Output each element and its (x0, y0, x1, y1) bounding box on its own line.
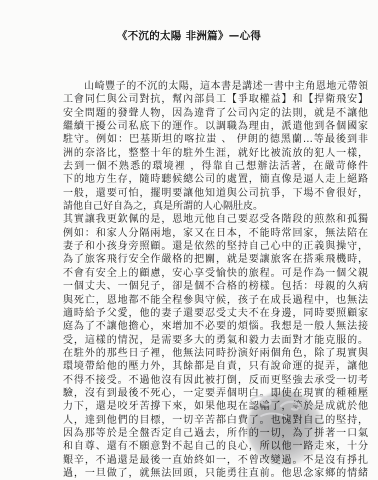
text-line: 妻子和小孩身旁照顧。還是依然的堅持自己心中的正義與操守， (63, 240, 368, 253)
text-line: 驗，沒有到最後不死心，一定要弄個明白。即使在現實的種種壓 (63, 387, 368, 400)
text-line: 和自尊、還有不願意對不起自己的良心，所以他一路走來，十分 (63, 440, 368, 453)
text-line: 庭為了不讓他擔心，來增加不必要的煩惱。我想是一般人無法接 (63, 320, 368, 333)
text-line: 過，一旦做了，就無法回頭，只能勇往直前。他思念家鄉的情緒 (63, 467, 368, 480)
text-line: 工會同仁與公司對抗，幫內部員工【爭取權益】和【捍衛飛安】 (63, 93, 368, 106)
text-line: 去到一個不熟悉的環境裡 ，得靠自己想辦法活著，在嚴苛條件 (63, 160, 368, 173)
document-body: 山崎豐子的不沉的太陽，這本書是講述一書中主角恩地元帶領工會同仁與公司對抗，幫內部… (63, 80, 368, 480)
text-line: 適時給予父愛，他的妻子還要忍受丈夫不在身邊，同時要照顧家 (63, 307, 368, 320)
text-line: 安全問題的發聲人物，因為違背了公司內定的法則，就是不讓他 (63, 107, 368, 120)
text-line: 洲的奈洛比，整整十年的駐外生涯，就好比被流放的犯人一樣， (63, 147, 368, 160)
text-line: 力下，還是咬牙苦撐下來，如果他現在認輸了，等於是成就於他 (63, 400, 368, 413)
text-line: 因為那等於是全盤否定自己過去，所作的一切，為了拼著一口氣 (63, 427, 368, 440)
text-line: 人，達到他們的目標，一切辛苦都白費了。也愧對自己的堅持， (63, 414, 368, 427)
text-line: 一個丈夫、一個兒子，卻是個不合格的榜樣。包括：母親的久病 (63, 280, 368, 293)
document-page: 《不沉的太陽 非洲篇》—心得 山崎豐子的不沉的太陽，這本書是講述一書中主角恩地元… (0, 0, 378, 480)
text-line: 艱辛，不過還是最後一直始終如一，不曾改變過。不是沒有掙扎 (63, 454, 368, 467)
text-line: 一般，還要可怕，擺明要讓他知道與公司抗爭，下場不會很好， (63, 187, 368, 200)
text-line: 不會有安全上的顧慮，安心享受愉快的旅程。可是作為一個父親 (63, 267, 368, 280)
text-line: 環境帶給他的壓力外，其餘都是自責，只有說命運的捉弄，讓他 (63, 360, 368, 373)
text-line: 繼續干擾公司私底下的運作。以調職為理由，派遣他到各個國家 (63, 120, 368, 133)
text-line: 為了旅客飛行安全作嚴格的把關，就是要讓旅客在搭乘飛機時， (63, 253, 368, 266)
text-line: 山崎豐子的不沉的太陽，這本書是講述一書中主角恩地元帶領 (63, 80, 368, 93)
text-line: 例如：和家人分隔兩地，家又在日本，不能時常回家，無法陪在 (63, 227, 368, 240)
text-line: 與死亡，恩地都不能全程參與守候，孩子在成長過程中，也無法 (63, 294, 368, 307)
document-title: 《不沉的太陽 非洲篇》—心得 (0, 29, 378, 43)
text-line: 不得不接受。不過他沒有因此被打倒，反而更堅強去承受一切考 (63, 374, 368, 387)
text-line: 下的地方生存，隨時聽候總公司的處置，簡直像是逼人走上絕路 (63, 173, 368, 186)
text-line: 駐守。例如：巴基斯坦的喀拉蚩 、 伊朗的德黑蘭…等最後到非 (63, 133, 368, 146)
text-line: 在駐外的那些日子裡，他無法同時扮演好兩個角色，除了現實與 (63, 347, 368, 360)
text-line: 受，這樣的情況，是需要多大的勇氣和毅力去面對才能克服的。 (63, 334, 368, 347)
text-line: 其實讓我更欽佩的是，恩地元他自己要忍受各階段的煎熬和孤獨 (63, 213, 368, 226)
text-line: 請他自己好自為之，真是所謂的人心隔肚皮。 (63, 200, 368, 213)
